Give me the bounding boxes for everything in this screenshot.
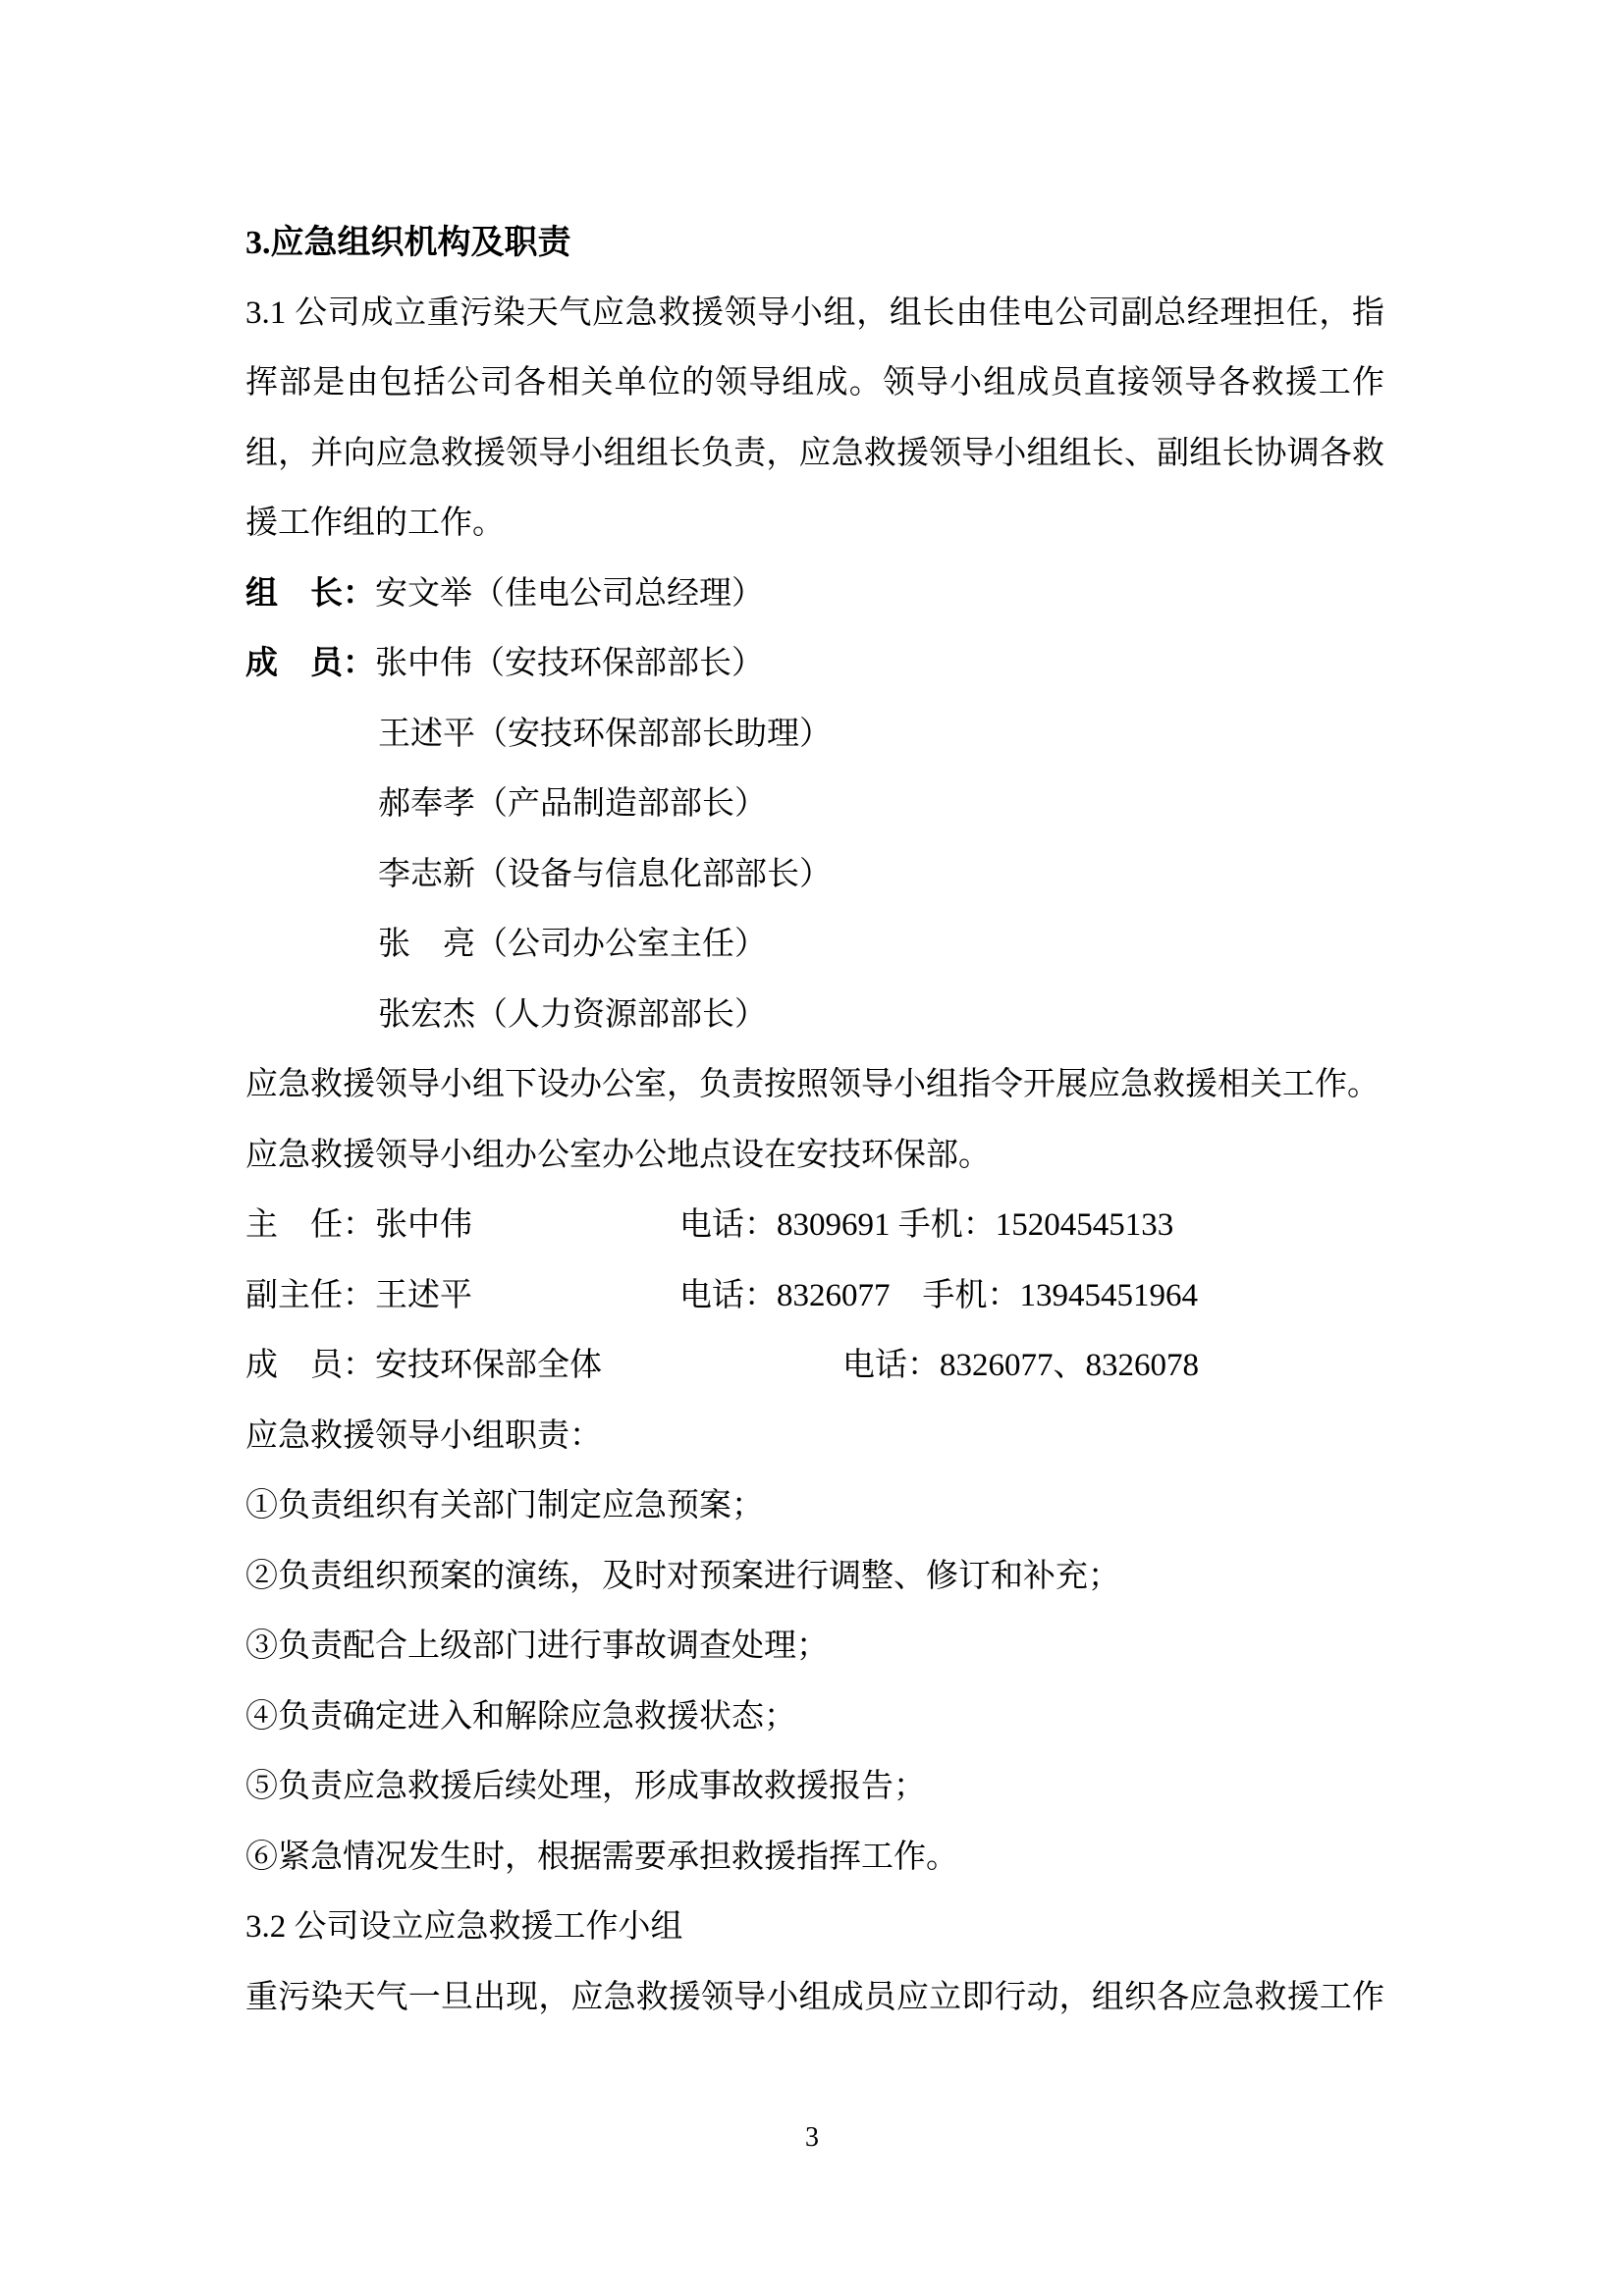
para-3-1-line-2: 挥部是由包括公司各相关单位的领导组成。领导小组成员直接领导各救援工作 [245, 348, 1384, 419]
duty-item-6: ⑥紧急情况发生时，根据需要承担救援指挥工作。 [245, 1823, 1384, 1894]
contact-role: 副主任： [245, 1278, 375, 1313]
contact-row-director: 主 任：张中伟电话：8309691 手机：15204545133 [245, 1191, 1384, 1261]
duty-item-3: ③负责配合上级部门进行事故调查处理； [245, 1612, 1384, 1682]
document-page: 3.应急组织机构及职责 3.1 公司成立重污染天气应急救援领导小组，组长由佳电公… [0, 0, 1624, 2296]
para-3-1-line-1: 3.1 公司成立重污染天气应急救援领导小组，组长由佳电公司副总经理担任，指 [245, 279, 1384, 349]
section-3-2-heading: 3.2 公司设立应急救援工作小组 [245, 1893, 1384, 1963]
contact-phones: 电话：8326077 手机：13945451964 [679, 1278, 1198, 1313]
contact-role: 主 任： [245, 1207, 375, 1243]
section-heading: 3.应急组织机构及职责 [245, 208, 1384, 279]
duties-title: 应急救援领导小组职责： [245, 1402, 1384, 1472]
member-row: 郝奉孝（产品制造部部长） [245, 770, 1384, 840]
duty-item-5: ⑤负责应急救援后续处理，形成事故救援报告； [245, 1752, 1384, 1823]
contact-name: 张中伟 [375, 1191, 679, 1261]
member-row: 李志新（设备与信息化部部长） [245, 840, 1384, 911]
document-body: 3.应急组织机构及职责 3.1 公司成立重污染天气应急救援领导小组，组长由佳电公… [245, 208, 1384, 2033]
member-row: 张宏杰（人力资源部部长） [245, 981, 1384, 1051]
contact-name: 王述平 [375, 1261, 679, 1332]
leader-row: 组 长：安文举（佳电公司总经理） [245, 560, 1384, 630]
duty-item-1: ①负责组织有关部门制定应急预案； [245, 1471, 1384, 1542]
duty-item-4: ④负责确定进入和解除应急救援状态； [245, 1682, 1384, 1753]
office-note-line-1: 应急救援领导小组下设办公室，负责按照领导小组指令开展应急救援相关工作。 [245, 1050, 1384, 1121]
duty-item-2: ②负责组织预案的演练，及时对预案进行调整、修订和补充； [245, 1542, 1384, 1613]
para-3-1-line-4: 援工作组的工作。 [245, 489, 1384, 560]
page-number: 3 [0, 2118, 1624, 2158]
member-name: 张中伟（安技环保部部长） [375, 646, 764, 681]
leader-label: 组 长： [245, 576, 375, 612]
contact-row-deputy: 副主任：王述平电话：8326077 手机：13945451964 [245, 1261, 1384, 1332]
member-row-first: 成 员：张中伟（安技环保部部长） [245, 629, 1384, 700]
para-3-2-line-1: 重污染天气一旦出现，应急救援领导小组成员应立即行动，组织各应急救援工作 [245, 1963, 1384, 2034]
contact-row-members: 成 员：安技环保部全体电话：8326077、8326078 [245, 1331, 1384, 1402]
member-row: 王述平（安技环保部部长助理） [245, 700, 1384, 771]
leader-name: 安文举（佳电公司总经理） [375, 576, 764, 612]
contact-name: 安技环保部全体 [375, 1331, 842, 1402]
office-note-line-2: 应急救援领导小组办公室办公地点设在安技环保部。 [245, 1121, 1384, 1192]
member-row: 张 亮（公司办公室主任） [245, 910, 1384, 981]
members-label: 成 员： [245, 646, 375, 681]
contact-phones: 电话：8326077、8326078 [842, 1348, 1199, 1383]
contact-role: 成 员： [245, 1348, 375, 1383]
para-3-1-line-3: 组，并向应急救援领导小组组长负责，应急救援领导小组组长、副组长协调各救 [245, 419, 1384, 490]
contact-phones: 电话：8309691 手机：15204545133 [679, 1207, 1173, 1243]
